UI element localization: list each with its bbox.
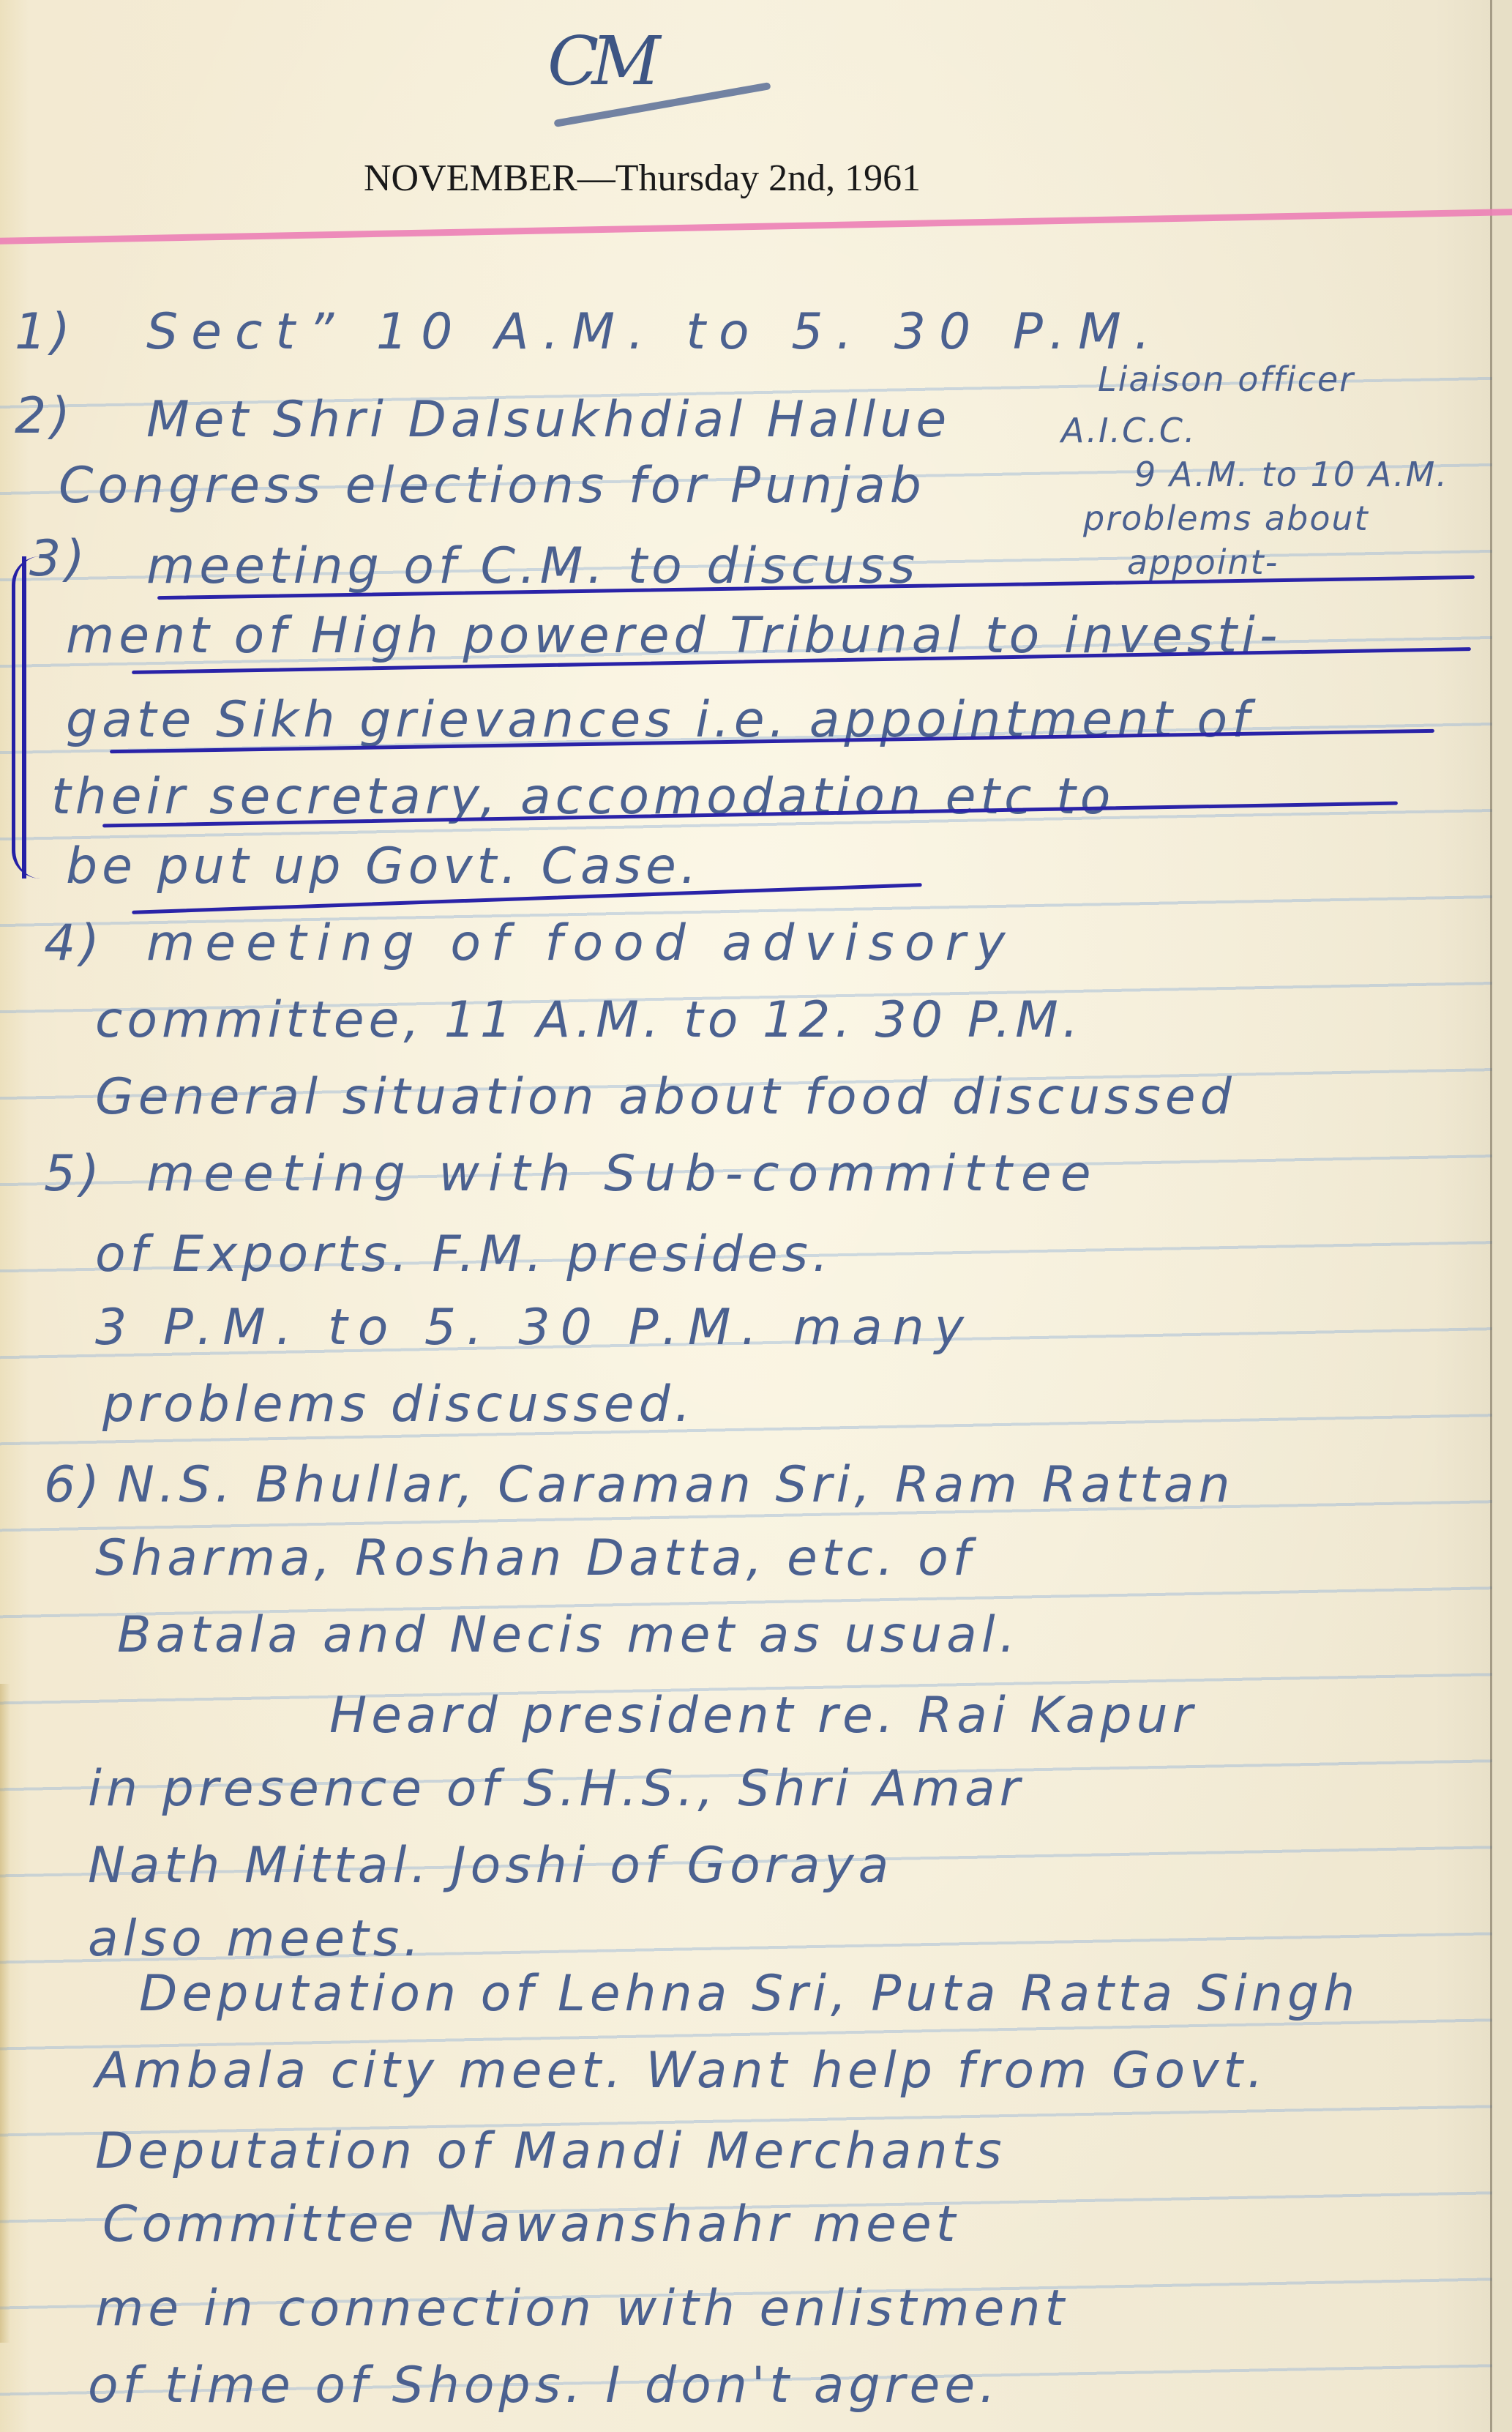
- entry-number: 2): [15, 392, 75, 441]
- entry-line: 3 P.M. to 5. 30 P.M. many: [95, 1303, 974, 1353]
- entry-line: Ambala city meet. Want help from Govt.: [95, 2046, 1268, 2096]
- entry-line: Deputation of Mandi Merchants: [95, 2127, 1006, 2177]
- entry-line: meeting of C.M. to discuss: [146, 542, 919, 592]
- margin-note: 9 A.M. to 10 A.M.: [1134, 458, 1448, 491]
- header-rule: [0, 209, 1512, 245]
- entry-line: also meets.: [88, 1914, 424, 1964]
- entry-line: of time of Shops. I don't agree.: [88, 2361, 1000, 2411]
- entry-line: N.S. Bhullar, Caraman Sri, Ram Rattan: [117, 1461, 1235, 1510]
- entry-line: Nath Mittal. Joshi of Goraya: [88, 1841, 893, 1891]
- margin-note: A.I.C.C.: [1061, 414, 1197, 447]
- entry-line: Committee Nawanshahr meet: [102, 2200, 959, 2250]
- entry-line: their secretary, accomodation etc to: [51, 772, 1115, 822]
- entry-line: Met Shri Dalsukhdial Hallue: [146, 395, 951, 445]
- entry-line: committee, 11 A.M. to 12. 30 P.M.: [95, 996, 1082, 1045]
- binding-shadow: [0, 1684, 10, 2343]
- entry-number: 5): [44, 1149, 104, 1199]
- diary-page: CM NOVEMBER—Thursday 2nd, 1961 1) Sect” …: [0, 0, 1512, 2432]
- margin-bar: [22, 556, 26, 879]
- entry-line: be put up Govt. Case.: [66, 842, 701, 892]
- monogram: CM: [547, 22, 654, 100]
- entry-line: Congress elections for Punjab: [59, 461, 926, 511]
- entry-line: Deputation of Lehna Sri, Puta Ratta Sing…: [139, 1969, 1359, 2019]
- entry-line: Sharma, Roshan Datta, etc. of: [95, 1534, 975, 1584]
- entry-number: 6): [44, 1461, 104, 1510]
- margin-note: Liaison officer: [1098, 362, 1355, 396]
- entry-line: Heard president re. Rai Kapur: [329, 1691, 1197, 1741]
- next-page-edge: [1492, 0, 1512, 2432]
- entry-number: 3): [29, 534, 89, 584]
- entry-line: in presence of S.H.S., Shri Amar: [88, 1764, 1025, 1814]
- entry-number: 4): [44, 919, 104, 969]
- page-date-header: NOVEMBER—Thursday 2nd, 1961: [364, 157, 921, 200]
- entry-line: problems discussed.: [102, 1380, 695, 1430]
- entry-line: Sect” 10 A.M. to 5. 30 P.M.: [146, 307, 1163, 357]
- entry-line: meeting of food advisory: [146, 919, 1016, 969]
- entry-line: meeting with Sub-committee: [146, 1149, 1100, 1199]
- entry-line: me in connection with enlistment: [95, 2284, 1068, 2334]
- entry-line: General situation about food discussed: [95, 1073, 1236, 1122]
- margin-note: appoint-: [1127, 545, 1279, 579]
- entry-line: Batala and Necis met as usual.: [117, 1611, 1019, 1660]
- margin-note: problems about: [1083, 501, 1369, 535]
- entry-number: 1): [15, 307, 75, 357]
- entry-line: of Exports. F.M. presides.: [95, 1230, 833, 1280]
